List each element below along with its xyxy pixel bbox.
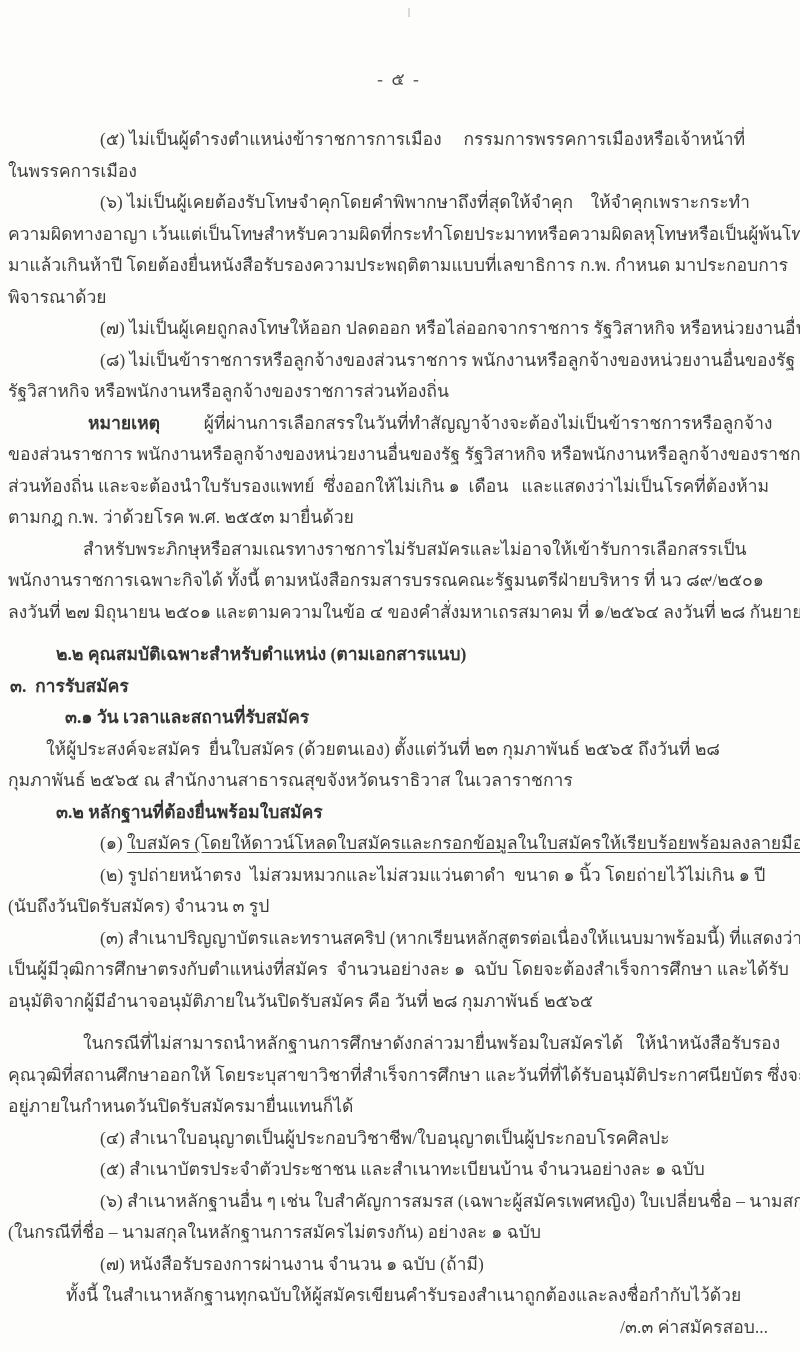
- text-line: ตามกฎ ก.พ. ว่าด้วยโรค พ.ศ. ๒๕๕๓ มายื่นด้…: [8, 502, 790, 534]
- document-lines: (๕) ไม่เป็นผู้ดำรงตำแหน่งข้าราชการการเมื…: [8, 124, 790, 1343]
- text-line: ๓.๑ วัน เวลาและสถานที่รับสมัคร: [8, 702, 790, 734]
- text-line: อยู่ภายในกำหนดวันปิดรับสมัครมายื่นแทนก็ไ…: [8, 1091, 790, 1123]
- text-segment: ผู้ที่ผ่านการเลือกสรรในวันที่ทำสัญญาจ้าง…: [160, 413, 772, 433]
- text-line: (๕) สำเนาบัตรประจำตัวประชาชน และสำเนาทะเ…: [8, 1154, 790, 1186]
- text-line: พนักงานราชการเฉพาะกิจได้ ทั้งนี้ ตามหนัง…: [8, 565, 790, 597]
- text-line: หมายเหตุ ผู้ที่ผ่านการเลือกสรรในวันที่ทำ…: [8, 408, 790, 440]
- text-line: ให้ผู้ประสงค์จะสมัคร ยื่นใบสมัคร (ด้วยตน…: [8, 734, 790, 766]
- text-line: (๓) สำเนาปริญญาบัตรและทรานสคริป (หากเรีย…: [8, 923, 790, 955]
- text-line: ๓. การรับสมัคร: [8, 671, 790, 703]
- text-line: ๓.๒ หลักฐานที่ต้องยื่นพร้อมใบสมัคร: [8, 797, 790, 829]
- scan-artifact: [408, 8, 410, 17]
- text-line: (๖) สำเนาหลักฐานอื่น ๆ เช่น ใบสำคัญการสม…: [8, 1186, 790, 1218]
- text-line: มาแล้วเกินห้าปี โดยต้องยื่นหนังสือรับรอง…: [8, 250, 790, 282]
- text-line: กุมภาพันธ์ ๒๕๖๕ ณ สำนักงานสาธารณสุขจังหว…: [8, 765, 790, 797]
- text-line: (๖) ไม่เป็นผู้เคยต้องรับโทษจำคุกโดยคำพิพ…: [8, 187, 790, 219]
- scanned-document-page: - ๕ - (๕) ไม่เป็นผู้ดำรงตำแหน่งข้าราชการ…: [0, 0, 800, 1351]
- text-line: สำหรับพระภิกษุหรือสามเณรทางราชการไม่รับส…: [8, 534, 790, 566]
- text-line: (ในกรณีที่ชื่อ – นามสกุลในหลักฐานการสมัค…: [8, 1217, 790, 1249]
- bold-label: หมายเหตุ: [88, 413, 160, 433]
- text-line: ในพรรคการเมือง: [8, 156, 790, 188]
- text-line: ในกรณีที่ไม่สามารถนำหลักฐานการศึกษาดังกล…: [8, 1028, 790, 1060]
- text-line: รัฐวิสาหกิจ หรือพนักงานหรือลูกจ้างของราช…: [8, 376, 790, 408]
- text-line: ทั้งนี้ ในสำเนาหลักฐานทุกฉบับให้ผู้สมัคร…: [8, 1280, 790, 1312]
- text-line: ๒.๒ คุณสมบัติเฉพาะสำหรับตำแหน่ง (ตามเอกส…: [8, 639, 790, 671]
- text-line: (นับถึงวันปิดรับสมัคร) จำนวน ๓ รูป: [8, 891, 790, 923]
- text-line: ส่วนท้องถิ่น และจะต้องนำใบรับรองแพทย์ ซึ…: [8, 471, 790, 503]
- text-line: อนุมัติจากผู้มีอำนาจอนุมัติภายในวันปิดรั…: [8, 986, 790, 1018]
- text-line: ของส่วนราชการ พนักงานหรือลูกจ้างของหน่วย…: [8, 439, 790, 471]
- text-line: (๕) ไม่เป็นผู้ดำรงตำแหน่งข้าราชการการเมื…: [8, 124, 790, 156]
- text-line: พิจารณาด้วย: [8, 282, 790, 314]
- text-line: (๗) หนังสือรับรองการผ่านงาน จำนวน ๑ ฉบับ…: [8, 1249, 790, 1281]
- text-line: (๘) ไม่เป็นข้าราชการหรือลูกจ้างของส่วนรา…: [8, 345, 790, 377]
- text-line: (๑) ใบสมัคร (โดยให้ดาวน์โหลดใบสมัครและกร…: [8, 828, 790, 860]
- text-line: ความผิดทางอาญา เว้นแต่เป็นโทษสำหรับความผ…: [8, 219, 790, 251]
- text-line: เป็นผู้มีวุฒิการศึกษาตรงกับตำแหน่งที่สมั…: [8, 954, 790, 986]
- text-line: (๔) สำเนาใบอนุญาตเป็นผู้ประกอบวิชาชีพ/ใบ…: [8, 1123, 790, 1155]
- text-line: (๗) ไม่เป็นผู้เคยถูกลงโทษให้ออก ปลดออก ห…: [8, 313, 790, 345]
- document-content: - ๕ - (๕) ไม่เป็นผู้ดำรงตำแหน่งข้าราชการ…: [0, 0, 800, 1343]
- text-line: /๓.๓ ค่าสมัครสอบ...: [8, 1312, 790, 1344]
- text-line: (๒) รูปถ่ายหน้าตรง ไม่สวมหมวกและไม่สวมแว…: [8, 860, 790, 892]
- text-segment: (๑): [100, 833, 127, 853]
- underlined-text: ใบสมัคร (โดยให้ดาวน์โหลดใบสมัครและกรอกข้…: [127, 833, 800, 853]
- text-line: ลงวันที่ ๒๗ มิถุนายน ๒๕๐๑ และตามความในข้…: [8, 597, 790, 629]
- text-line: คุณวุฒิที่สถานศึกษาออกให้ โดยระบุสาขาวิช…: [8, 1060, 790, 1092]
- page-number: - ๕ -: [8, 64, 790, 95]
